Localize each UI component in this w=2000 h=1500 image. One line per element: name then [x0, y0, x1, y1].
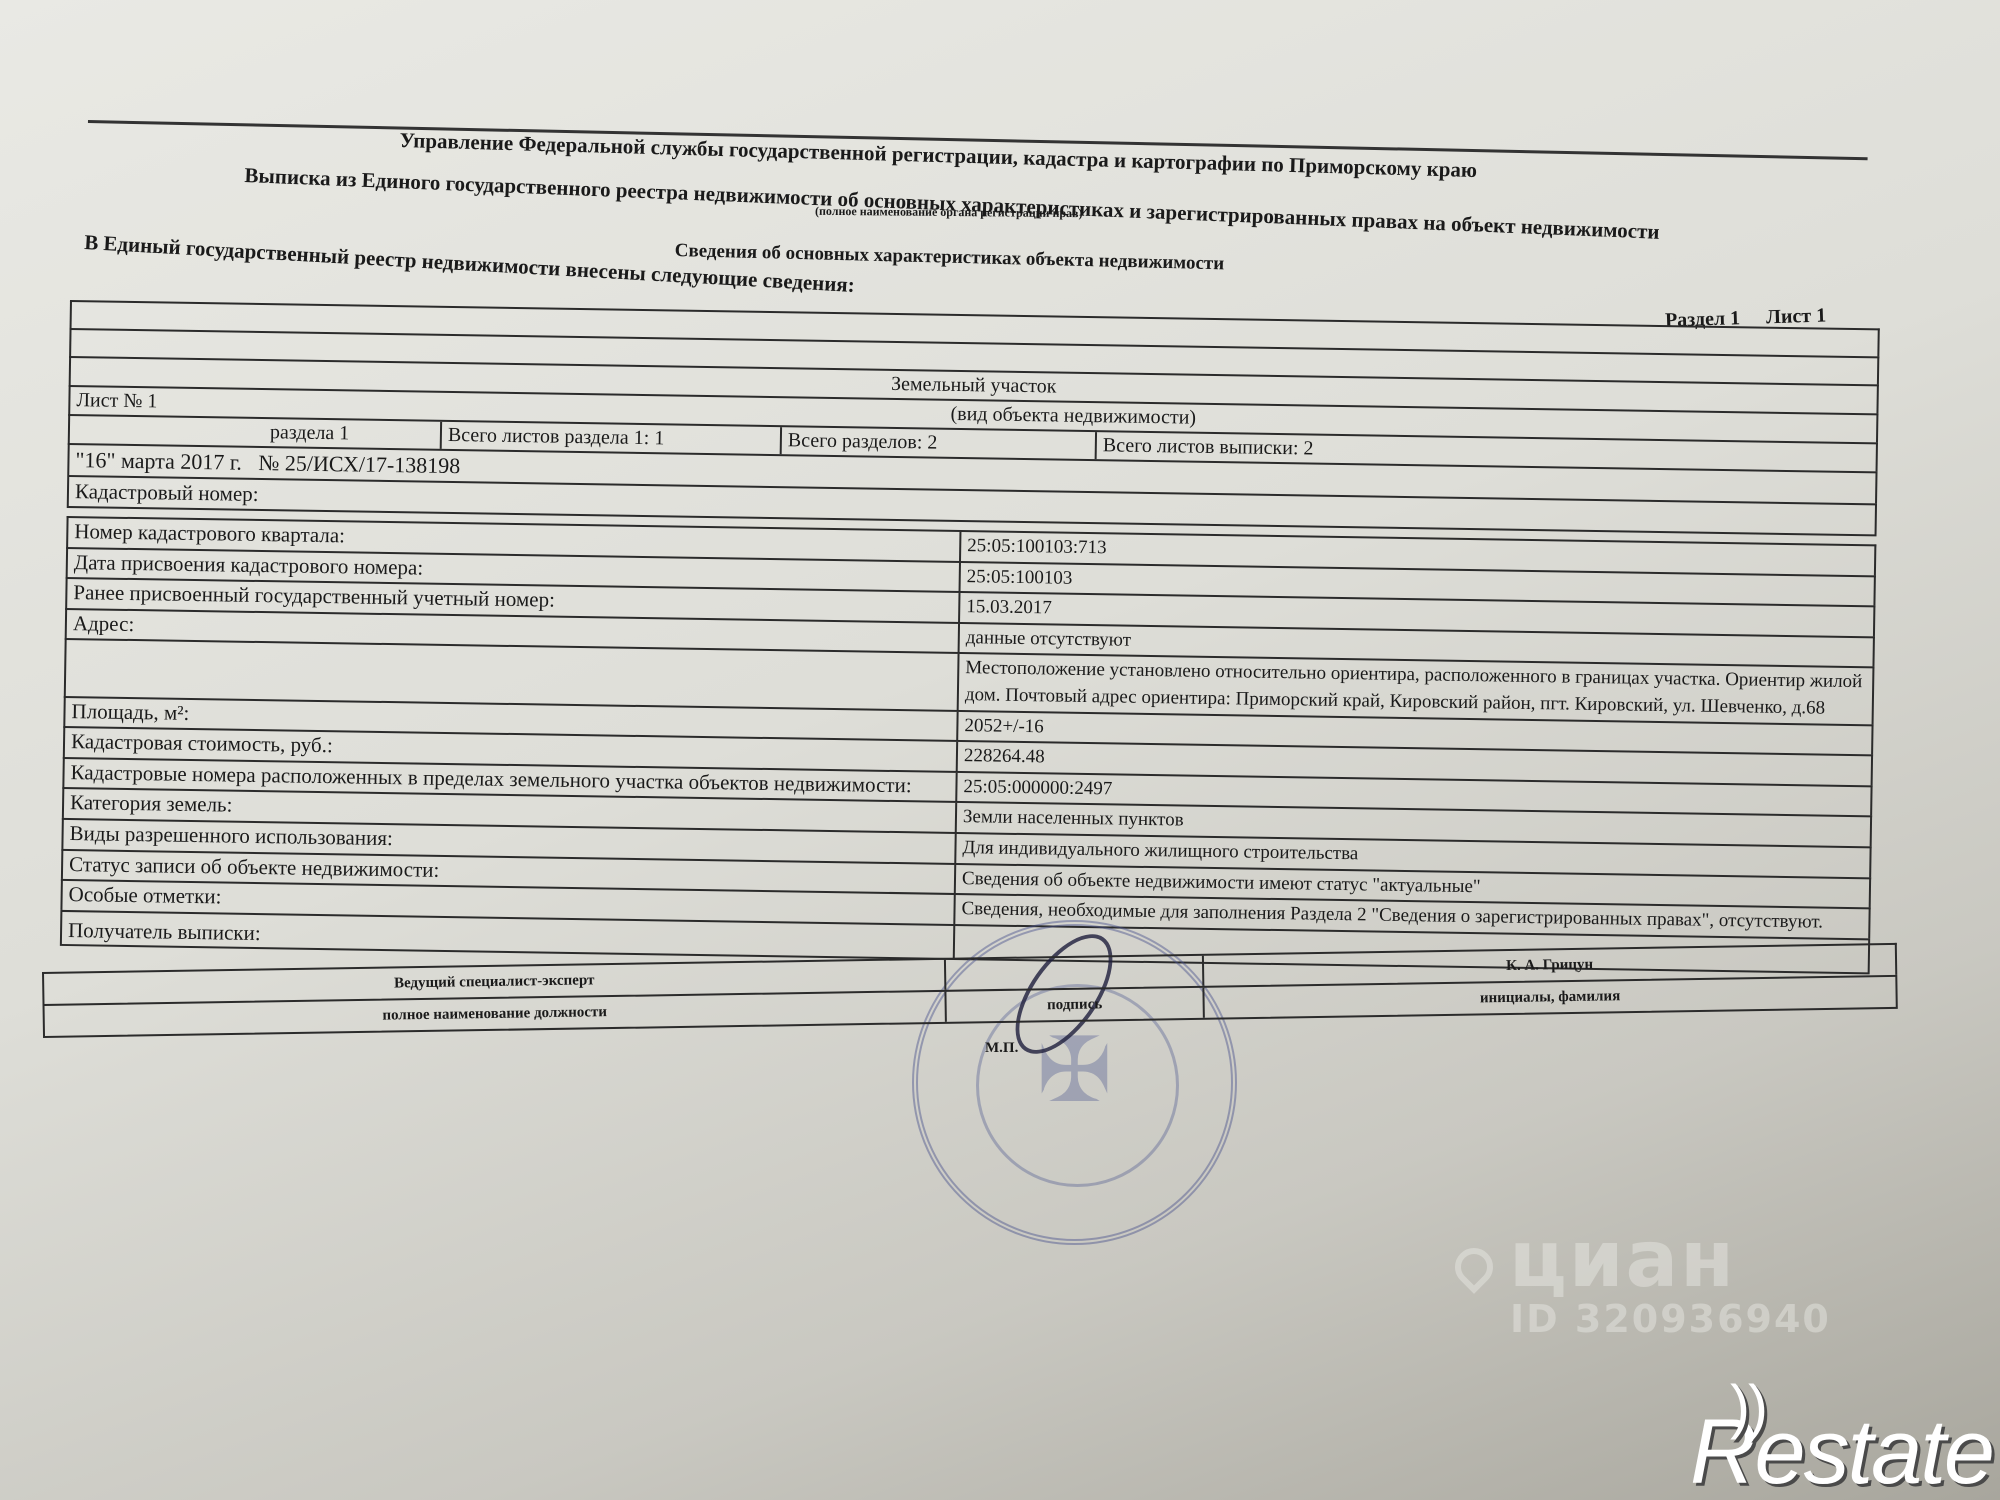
document-page: Управление Федеральной службы государств…: [0, 0, 2000, 1500]
fields-table: Номер кадастрового квартала:25:05:100103…: [60, 516, 1877, 974]
intro-text: В Единый государственный реестр недвижим…: [84, 230, 856, 298]
cian-watermark: циан ID 320936940: [1455, 1215, 1831, 1341]
total-sections: Всего разделов: 2: [780, 427, 1095, 459]
sheet-ref: Лист 1: [1766, 304, 1827, 328]
map-pin-icon: [1447, 1240, 1501, 1294]
restate-watermark: )) Restate: [1690, 1400, 1993, 1500]
sheet-number: Лист № 1: [70, 387, 270, 417]
signal-waves-icon: )): [1730, 1372, 1766, 1441]
signature-cell: [944, 956, 1204, 990]
total-sheets-section: Всего листов раздела 1: 1: [440, 422, 780, 454]
extract-form: Земельный участок Лист № 1 (вид объекта …: [60, 300, 1880, 974]
cian-id: ID 320936940: [1510, 1297, 1831, 1341]
seal-place-label: М.П.: [985, 1040, 1018, 1057]
signature-caption: подпись: [944, 988, 1204, 1022]
section-label: раздела 1: [70, 416, 440, 449]
